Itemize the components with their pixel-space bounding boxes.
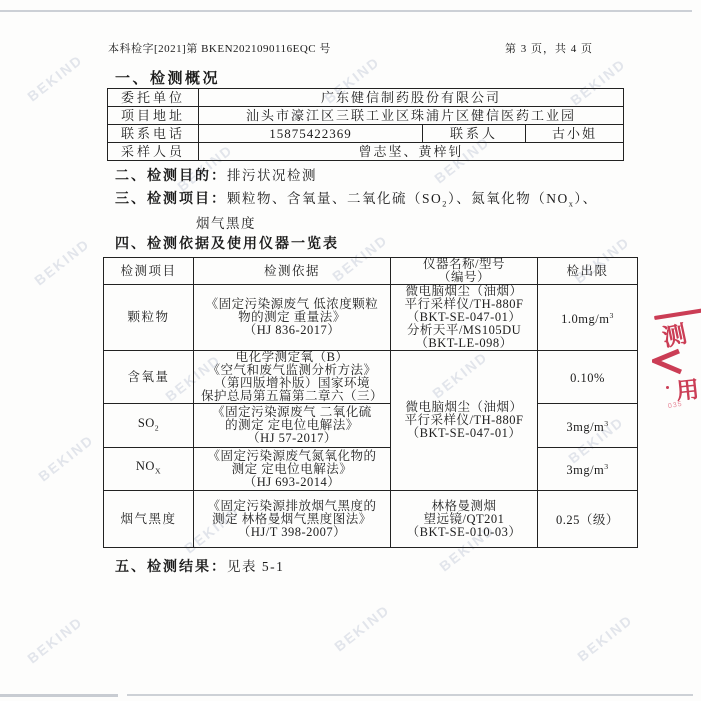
cell-value: 广东健信制药股份有限公司	[199, 89, 624, 107]
cell-value: 古小姐	[526, 125, 624, 143]
report-number: 本科检字[2021]第 BKEN2021090116EQC 号	[108, 40, 331, 56]
basis-cell: 电化学测定氧（B） 《空气和废气监测分析方法》 （第四版增补版）国家环境 保护总…	[194, 351, 391, 404]
cell-label: 项目地址	[108, 107, 199, 125]
table-row: 烟气黑度 《固定污染源排放烟气黑度的 测定 林格曼烟气黑度图法》 （HJ/T 3…	[104, 491, 638, 548]
stamp: 测 用 035	[646, 296, 701, 416]
watermark-text: BEKIND	[24, 51, 86, 104]
purpose-text: 排污状况检测	[227, 168, 317, 183]
cell-label: 采样人员	[108, 143, 199, 161]
table-row: 颗粒物 《固定污染源废气 低浓度颗粒 物的测定 重量法》 （HJ 836-201…	[104, 285, 638, 351]
items-text: 颗粒物、含氧量、二氧化硫（SO2）、氮氧化物（NOx）、	[227, 191, 598, 206]
cell-label: 联系人	[423, 125, 526, 143]
limit-cell: 3mg/m3	[538, 448, 638, 491]
section-3-number: 三、检测项目：	[115, 192, 227, 207]
limit-cell: 1.0mg/m3	[538, 285, 638, 351]
scan-edge-top	[0, 10, 692, 12]
cell-label: 委托单位	[108, 89, 199, 107]
section-4-title: 四、检测依据及使用仪器一览表	[115, 233, 339, 253]
section-1-title: 一、检测概况	[115, 67, 220, 88]
table-row: 项目地址 汕头市濠江区三联工业区珠浦片区健信医药工业园	[108, 107, 624, 125]
section-2-number: 二、检测目的：	[115, 169, 227, 184]
table-row: 委托单位 广东健信制药股份有限公司	[108, 89, 624, 107]
param-cell: 含氧量	[104, 351, 194, 404]
basis-cell: 《固定污染源排放烟气黑度的 测定 林格曼烟气黑度图法》 （HJ/T 398-20…	[194, 491, 391, 548]
section-5-number: 五、检测结果：	[115, 560, 227, 575]
overview-table: 委托单位 广东健信制药股份有限公司 项目地址 汕头市濠江区三联工业区珠浦片区健信…	[107, 88, 624, 161]
cell-value: 汕头市濠江区三联工业区珠浦片区健信医药工业园	[199, 107, 624, 125]
param-cell: SO2	[104, 404, 194, 448]
watermark-text: BEKIND	[574, 611, 636, 664]
table-row: 含氧量 电化学测定氧（B） 《空气和废气监测分析方法》 （第四版增补版）国家环境…	[104, 351, 638, 404]
limit-cell: 3mg/m3	[538, 404, 638, 448]
scan-edge-bottom-right	[127, 694, 693, 696]
stamp-digits: 035	[668, 401, 684, 410]
basis-cell: 《固定污染源废气氮氧化物的 测定 定电位电解法》 （HJ 693-2014）	[194, 448, 391, 491]
instruments-table: 检测项目 检测依据 仪器名称/型号 （编号） 检出限 颗粒物 《固定污染源废气 …	[103, 257, 638, 548]
stamp-dot	[666, 386, 669, 389]
header-basis: 检测依据	[194, 258, 391, 285]
watermark-text: BEKIND	[35, 431, 97, 484]
watermark-text: BEKIND	[331, 601, 393, 654]
limit-cell: 0.10%	[538, 351, 638, 404]
page-number: 第 3 页，共 4 页	[505, 40, 593, 56]
table-header-row: 检测项目 检测依据 仪器名称/型号 （编号） 检出限	[104, 258, 638, 285]
table-row: 联系电话 15875422369 联系人 古小姐	[108, 125, 624, 143]
items-text-line2: 烟气黑度	[196, 212, 256, 232]
scan-edge-bottom-left	[0, 694, 118, 697]
section-3-heading: 三、检测项目：颗粒物、含氧量、二氧化硫（SO2）、氮氧化物（NOx）、	[115, 187, 598, 209]
table-row: NOX 《固定污染源废气氮氧化物的 测定 定电位电解法》 （HJ 693-201…	[104, 448, 638, 491]
instrument-cell-merged: 微电脑烟尘（油烟） 平行采样仪/TH-880F （BKT-SE-047-01）	[391, 351, 538, 491]
param-cell: NOX	[104, 448, 194, 491]
header-instrument: 仪器名称/型号 （编号）	[391, 258, 538, 285]
param-cell: 颗粒物	[104, 285, 194, 351]
header-item: 检测项目	[104, 258, 194, 285]
basis-cell: 《固定污染源废气 低浓度颗粒 物的测定 重量法》 （HJ 836-2017）	[194, 285, 391, 351]
section-5-heading: 五、检测结果：见表 5-1	[115, 555, 284, 576]
table-row: 采样人员 曾志坚、黄梓钊	[108, 143, 624, 161]
result-text: 见表 5-1	[227, 559, 284, 574]
table-row: SO2 《固定污染源废气 二氧化硫 的测定 定电位电解法》 （HJ 57-201…	[104, 404, 638, 448]
watermark-text: BEKIND	[31, 235, 93, 288]
cell-value: 15875422369	[199, 125, 423, 143]
param-cell: 烟气黑度	[104, 491, 194, 548]
basis-cell: 《固定污染源废气 二氧化硫 的测定 定电位电解法》 （HJ 57-2017）	[194, 404, 391, 448]
watermark-text: BEKIND	[24, 613, 86, 666]
cell-value: 曾志坚、黄梓钊	[199, 143, 624, 161]
header-limit: 检出限	[538, 258, 638, 285]
document-page: BEKINDBEKINDBEKINDBEKINDBEKINDBEKINDBEKI…	[0, 0, 701, 701]
cell-label: 联系电话	[108, 125, 199, 143]
instrument-cell: 微电脑烟尘（油烟） 平行采样仪/TH-880F （BKT-SE-047-01） …	[391, 285, 538, 351]
section-2-heading: 二、检测目的：排污状况检测	[115, 164, 317, 185]
limit-cell: 0.25（级）	[538, 491, 638, 548]
instrument-cell: 林格曼测烟 望远镜/QT201 （BKT-SE-010-03）	[391, 491, 538, 548]
